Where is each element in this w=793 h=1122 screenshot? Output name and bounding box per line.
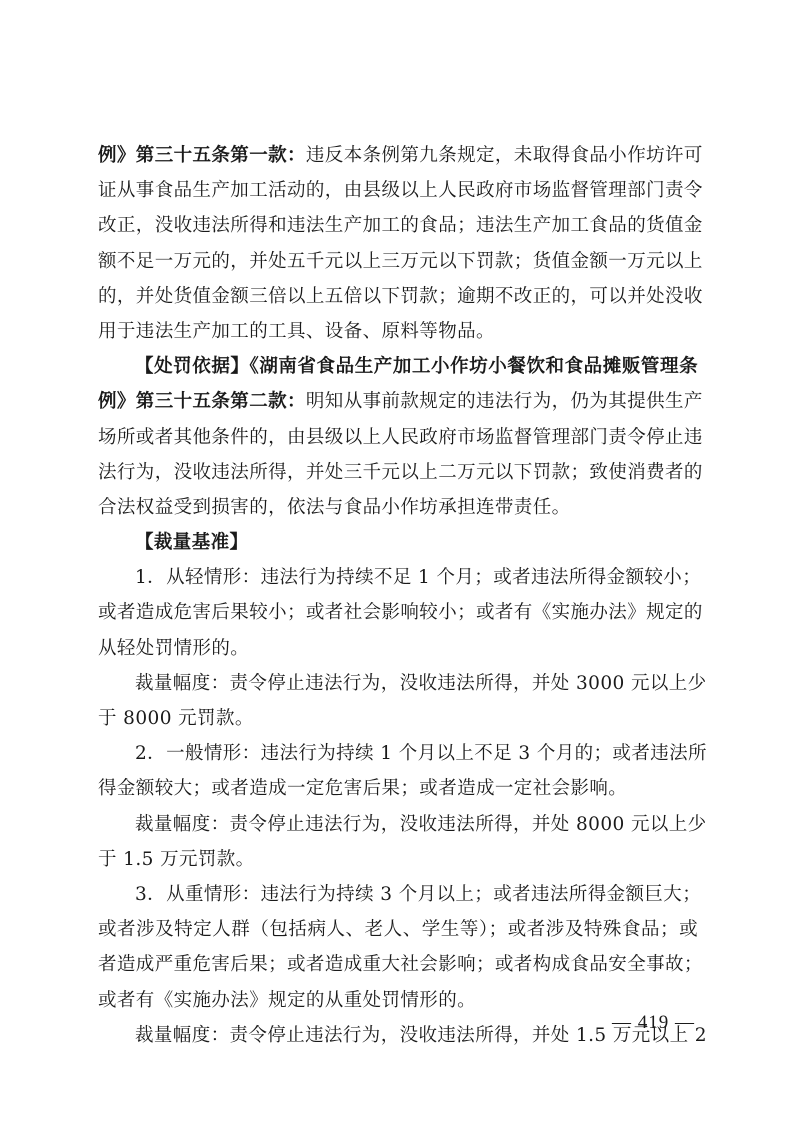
text-line: 例》第三十五条第一款：违反本条例第九条规定，未取得食品小作坊许可 <box>98 138 698 173</box>
criterion-line: 或者涉及特定人群（包括病人、老人、学生等）；或者涉及特殊食品；或 <box>98 912 698 947</box>
text-line: 改正，没收违法所得和违法生产加工的食品；违法生产加工食品的货值金 <box>98 208 698 243</box>
criterion-line: 3．从重情形：违法行为持续 3 个月以上；或者违法所得金额巨大； <box>98 877 698 912</box>
criterion-line: 者造成严重危害后果；或者造成重大社会影响；或者构成食品安全事故； <box>98 947 698 982</box>
text-line: 额不足一万元的，并处五千元以上三万元以下罚款；货值金额一万元以上 <box>98 244 698 279</box>
criterion-line: 2．一般情形：违法行为持续 1 个月以上不足 3 个月的；或者违法所 <box>98 736 698 771</box>
bold-legal-reference: 例》第三十五条第一款： <box>98 145 306 166</box>
range-line: 裁量幅度：责令停止违法行为，没收违法所得，并处 8000 元以上少 <box>98 807 698 842</box>
range-line: 裁量幅度：责令停止违法行为，没收违法所得，并处 3000 元以上少 <box>98 666 698 701</box>
range-line: 于 1.5 万元罚款。 <box>98 842 698 877</box>
criterion-line: 或者造成危害后果较小；或者社会影响较小；或者有《实施办法》规定的 <box>98 595 698 630</box>
criterion-line: 1．从轻情形：违法行为持续不足 1 个月；或者违法所得金额较小； <box>98 560 698 595</box>
section-heading: 【裁量基准】 <box>98 525 698 560</box>
text-line: 证从事食品生产加工活动的，由县级以上人民政府市场监督管理部门责令 <box>98 173 698 208</box>
range-line: 于 8000 元罚款。 <box>98 701 698 736</box>
range-line: 裁量幅度：责令停止违法行为，没收违法所得，并处 1.5 万元以上 2 <box>98 1018 698 1053</box>
text-line: 用于违法生产加工的工具、设备、原料等物品。 <box>98 314 698 349</box>
bold-legal-reference: 例》第三十五条第二款： <box>98 391 306 412</box>
text-line: 例》第三十五条第二款：明知从事前款规定的违法行为，仍为其提供生产 <box>98 384 698 419</box>
document-page: 例》第三十五条第一款：违反本条例第九条规定，未取得食品小作坊许可 证从事食品生产… <box>98 138 698 1053</box>
criterion-line: 或者有《实施办法》规定的从重处罚情形的。 <box>98 983 698 1018</box>
text-line: 法行为，没收违法所得，并处三千元以上二万元以下罚款；致使消费者的 <box>98 455 698 490</box>
criterion-line: 从轻处罚情形的。 <box>98 631 698 666</box>
page-number: — 419 — <box>612 1012 695 1034</box>
criterion-line: 得金额较大；或者造成一定危害后果；或者造成一定社会影响。 <box>98 771 698 806</box>
text-line: 的，并处货值金额三倍以上五倍以下罚款；逾期不改正的，可以并处没收 <box>98 279 698 314</box>
penalty-basis-heading: 【处罚依据】《湖南省食品生产加工小作坊小餐饮和食品摊贩管理条 <box>98 349 698 384</box>
text-line: 场所或者其他条件的，由县级以上人民政府市场监督管理部门责令停止违 <box>98 420 698 455</box>
text-line: 合法权益受到损害的，依法与食品小作坊承担连带责任。 <box>98 490 698 525</box>
